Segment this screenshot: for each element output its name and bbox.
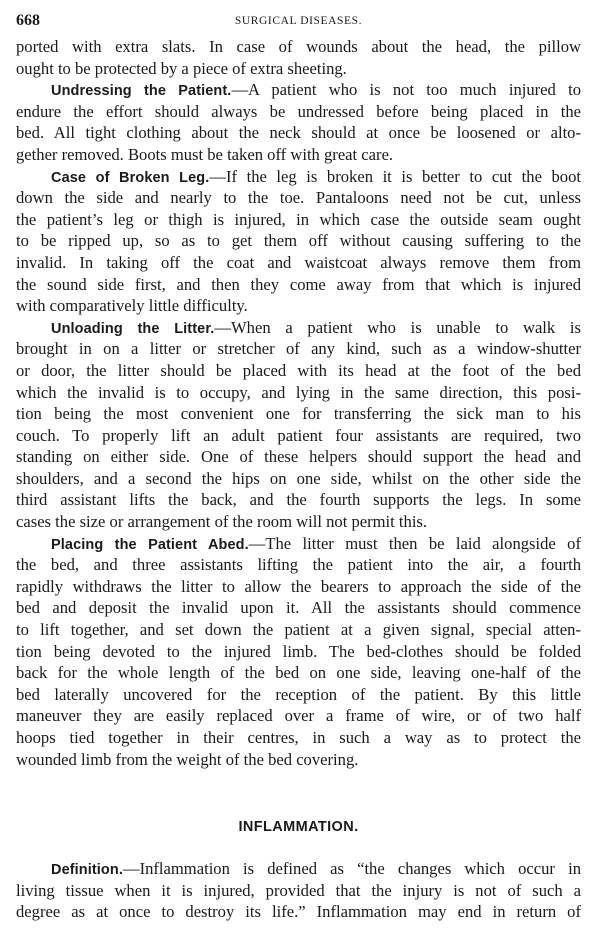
- text-line: tion being the most convenient one for t…: [16, 403, 581, 425]
- running-title: SURGICAL DISEASES.: [16, 15, 581, 27]
- paragraph-definition: Definition.—Inflammation is defined as “…: [16, 858, 581, 923]
- paragraph-continuation: ported with extra slats. In case of woun…: [16, 36, 581, 79]
- text-line: down the side and nearly to the toe. Pan…: [16, 187, 581, 209]
- text-line: Placing the Patient Abed.—The litter mus…: [16, 533, 581, 555]
- run-in-heading: Definition.: [51, 862, 123, 878]
- text-line: bed and deposit the invalid upon it. All…: [16, 597, 581, 619]
- paragraph-unloading-the-litter: Unloading the Litter.—When a patient who…: [16, 317, 581, 533]
- text-line: brought in on a litter or stretcher of a…: [16, 338, 581, 360]
- run-in-heading: Undressing the Patient.: [51, 83, 231, 99]
- paragraph-undressing-the-patient: Undressing the Patient.—A patient who is…: [16, 79, 581, 165]
- text-line: shoulders, and a second the hips on one …: [16, 468, 581, 490]
- section-heading: INFLAMMATION.: [16, 819, 581, 835]
- text-line: Unloading the Litter.—When a patient who…: [16, 317, 581, 339]
- text-line: wounded limb from the weight of the bed …: [16, 749, 581, 771]
- text-line: Undressing the Patient.—A patient who is…: [16, 79, 581, 101]
- run-in-heading: Unloading the Litter.: [51, 321, 214, 337]
- text-line: or door, the litter should be placed wit…: [16, 360, 581, 382]
- run-in-heading: Placing the Patient Abed.: [51, 537, 249, 553]
- text-line: the bed, and three assistants lifting th…: [16, 554, 581, 576]
- text-line: with comparatively little difficulty.: [16, 295, 581, 317]
- text-line: the sound side first, and then they come…: [16, 274, 581, 296]
- text-line: the patient’s leg or thigh is injured, i…: [16, 209, 581, 231]
- text-line: cases the size or arrangement of the roo…: [16, 511, 581, 533]
- run-in-heading: Case of Broken Leg.: [51, 170, 209, 186]
- text-line: Case of Broken Leg.—If the leg is broken…: [16, 166, 581, 188]
- text-line: couch. To properly lift an adult patient…: [16, 425, 581, 447]
- text-line: endure the effort should always be undre…: [16, 101, 581, 123]
- text-line: living tissue when it is injured, provid…: [16, 880, 581, 902]
- body-text: ported with extra slats. In case of woun…: [16, 36, 581, 770]
- text-line: ought to be protected by a piece of extr…: [16, 58, 581, 80]
- text-line: Definition.—Inflammation is defined as “…: [16, 858, 581, 880]
- paragraph-case-of-broken-leg: Case of Broken Leg.—If the leg is broken…: [16, 166, 581, 317]
- text-line: rapidly withdraws the litter to allow th…: [16, 576, 581, 598]
- text-line: bed laterally uncovered for the receptio…: [16, 684, 581, 706]
- text-line: bed. All tight clothing about the neck s…: [16, 122, 581, 144]
- text-line: invalid. In taking off the coat and wais…: [16, 252, 581, 274]
- text-line: maneuver they are easily replaced over a…: [16, 705, 581, 727]
- text-line: degree as at once to destroy its life.” …: [16, 901, 581, 923]
- text-line: back for the whole length of the bed on …: [16, 662, 581, 684]
- text-line: to be ripped up, so as to get them off w…: [16, 230, 581, 252]
- paragraph-placing-the-patient-abed: Placing the Patient Abed.—The litter mus…: [16, 533, 581, 771]
- text-line: tion being devoted to the injured limb. …: [16, 641, 581, 663]
- text-line: gether removed. Boots must be taken off …: [16, 144, 581, 166]
- text-line: third assistant lifts the back, and the …: [16, 489, 581, 511]
- running-head: 668 SURGICAL DISEASES.: [16, 12, 581, 32]
- text-line: to lift together, and set down the patie…: [16, 619, 581, 641]
- text-line: which the invalid is to occupy, and lyin…: [16, 382, 581, 404]
- text-line: standing on either side. One of these he…: [16, 446, 581, 468]
- text-line: hoops tied together in their centres, in…: [16, 727, 581, 749]
- text-line: ported with extra slats. In case of woun…: [16, 36, 581, 58]
